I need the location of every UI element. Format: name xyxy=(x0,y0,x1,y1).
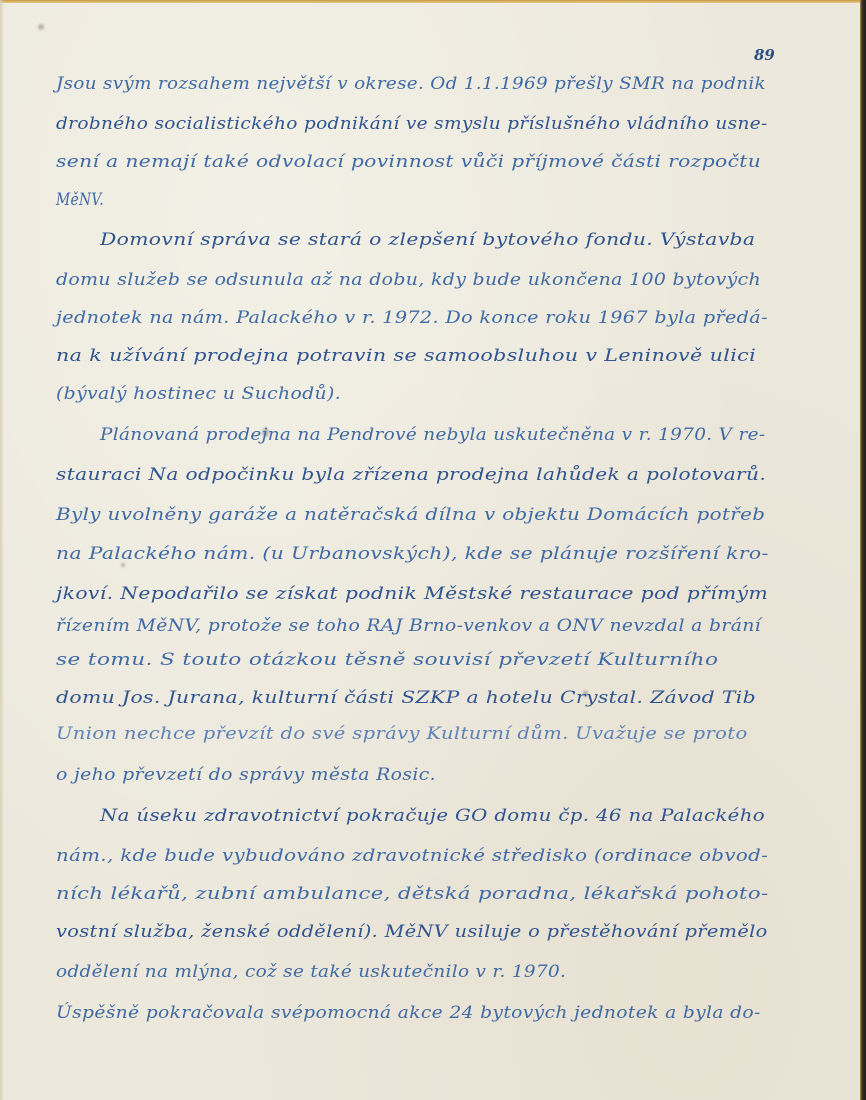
page-left-edge xyxy=(0,0,4,1100)
handwritten-line: domu služeb se odsunula až na dobu, kdy … xyxy=(56,270,761,289)
handwritten-line: ních lékařů, zubní ambulance, dětská por… xyxy=(56,884,768,903)
handwritten-line: (bývalý hostinec u Suchodů). xyxy=(56,384,341,403)
page-number: 89 xyxy=(754,46,775,64)
handwritten-line: na Palackého nám. (u Urbanovských), kde … xyxy=(56,544,769,563)
handwritten-line: nám., kde bude vybudováno zdravotnické s… xyxy=(56,846,768,865)
handwritten-line: Union nechce převzít do své správy Kultu… xyxy=(56,724,748,743)
handwritten-line: na k užívání prodejna potravin se samoob… xyxy=(56,346,756,365)
handwritten-line: sení a nemají také odvolací povinnost vů… xyxy=(56,152,761,171)
handwritten-line: Byly uvolněny garáže a natěračská dílna … xyxy=(56,505,765,524)
document-page: 89 Jsou svým rozsahem největší v okrese.… xyxy=(0,0,860,1100)
handwritten-line: MěNV. xyxy=(56,190,104,209)
handwritten-line: jkoví. Nepodařilo se získat podnik Městs… xyxy=(56,584,768,603)
handwritten-line: řízením MěNV, protože se toho RAJ Brno-v… xyxy=(56,616,761,635)
paper-stain xyxy=(121,563,125,567)
handwritten-line: oddělení na mlýna, což se také uskutečni… xyxy=(56,962,566,981)
paper-stain xyxy=(38,24,44,30)
handwritten-line: Plánovaná prodejna na Pendrové nebyla us… xyxy=(100,425,765,444)
handwritten-line: Na úseku zdravotnictví pokračuje GO domu… xyxy=(100,806,765,825)
handwritten-line: vostní služba, ženské oddělení). MěNV us… xyxy=(56,922,768,941)
page-binding-edge xyxy=(860,0,866,1100)
page-top-edge xyxy=(0,0,860,3)
handwritten-line: Jsou svým rozsahem největší v okrese. Od… xyxy=(56,74,766,93)
handwritten-line: stauraci Na odpočinku byla zřízena prode… xyxy=(56,465,766,484)
handwritten-line: drobného socialistického podnikání ve sm… xyxy=(56,114,768,133)
handwritten-line: domu Jos. Jurana, kulturní části SZKP a … xyxy=(56,688,756,707)
handwritten-line: jednotek na nám. Palackého v r. 1972. Do… xyxy=(56,308,768,327)
handwritten-line: o jeho převzetí do správy města Rosic. xyxy=(56,765,436,784)
handwritten-line: Úspěšně pokračovala svépomocná akce 24 b… xyxy=(56,1003,761,1022)
handwritten-line: se tomu. S touto otázkou těsně souvisí p… xyxy=(56,650,718,669)
handwritten-line: Domovní správa se stará o zlepšení bytov… xyxy=(100,230,755,249)
